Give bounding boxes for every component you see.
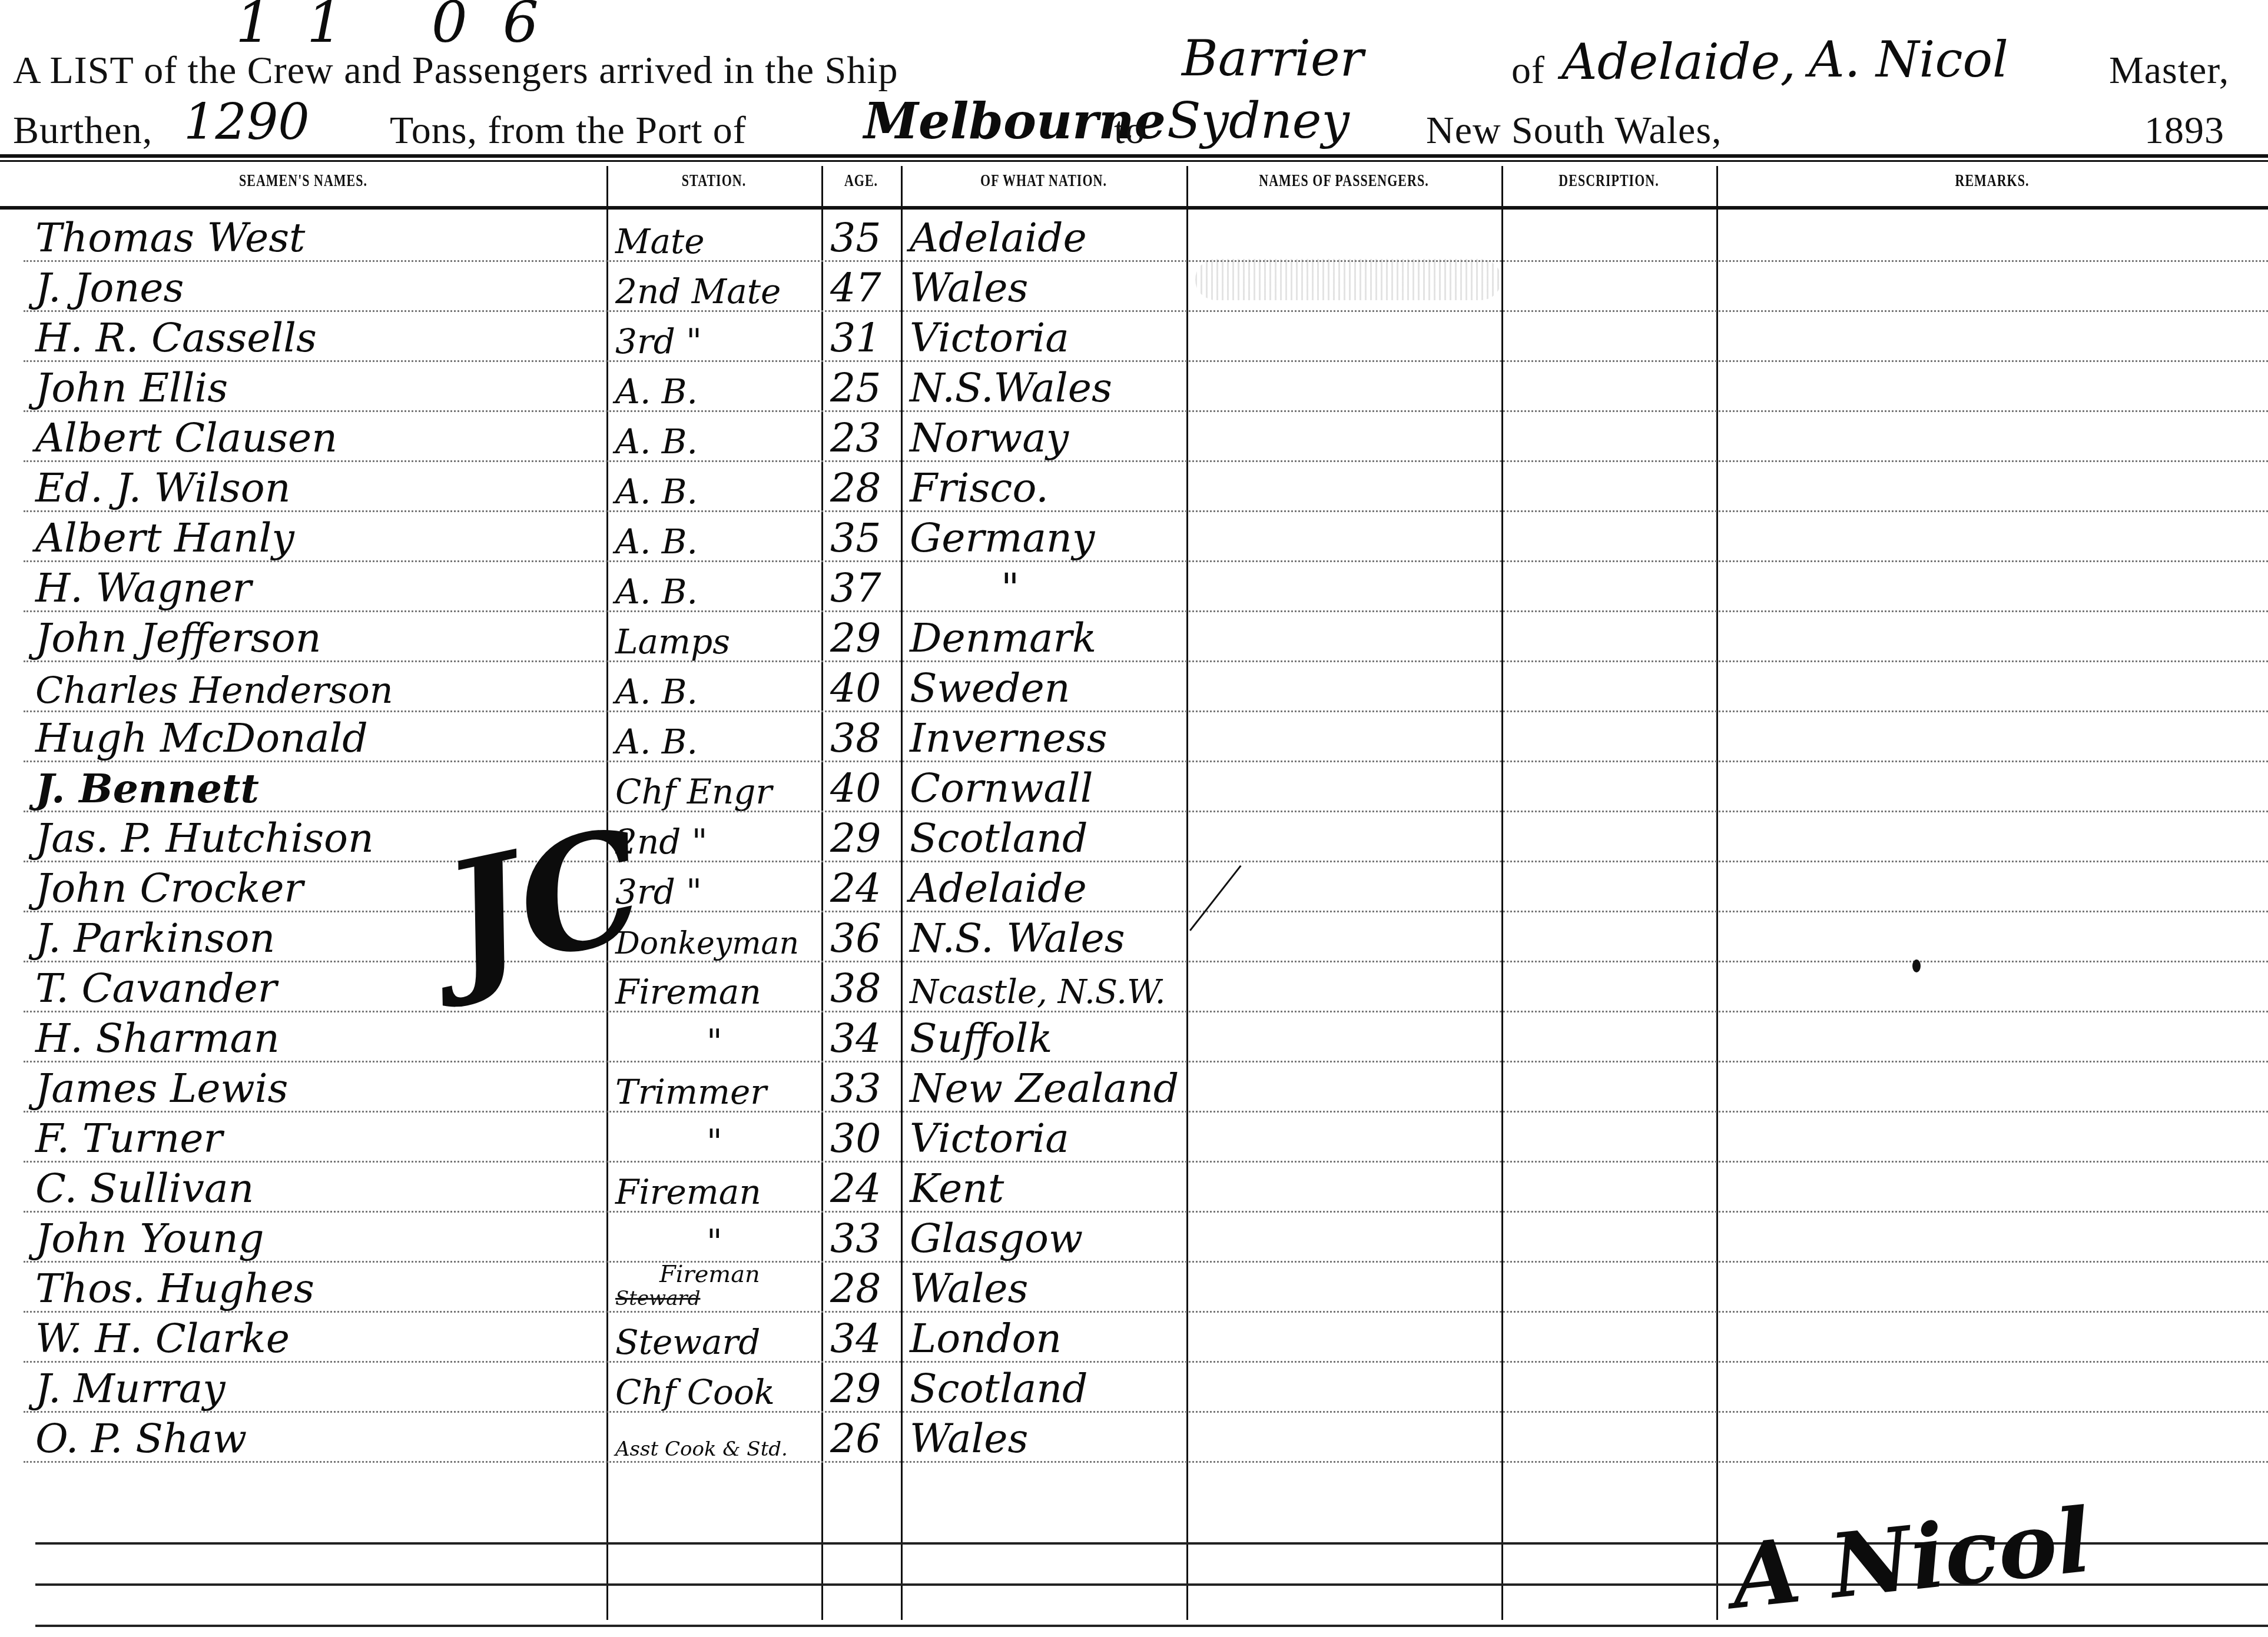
master-label: Master, — [2109, 48, 2229, 93]
seaman-station: Fireman — [615, 975, 761, 1009]
crew-row: John Young"33Glasgow — [0, 1213, 2268, 1263]
seaman-name: Jas. P. Hutchison — [35, 819, 374, 859]
crew-row: H. Sharman"34Suffolk — [0, 1012, 2268, 1062]
crew-row: John JeffersonLamps29Denmark — [0, 612, 2268, 662]
seaman-nation: Ncastle, N.S.W. — [910, 976, 1166, 1009]
seaman-age: 35 — [830, 218, 881, 258]
seaman-station: A. B. — [615, 725, 698, 759]
crew-row: J. Jones2nd Mate47Wales — [0, 262, 2268, 312]
document-heading: A LIST of the Crew and Passengers arrive… — [13, 36, 2250, 95]
ruled-line — [35, 1625, 2268, 1627]
seaman-age: 40 — [830, 669, 881, 709]
seaman-age: 34 — [830, 1319, 881, 1359]
seaman-age: 38 — [830, 969, 881, 1009]
seaman-station: A. B. — [615, 524, 698, 559]
seaman-nation: Frisco. — [910, 469, 1049, 509]
seaman-name: J. Jones — [35, 268, 184, 308]
seaman-nation: Wales — [910, 268, 1028, 308]
crew-row: Thomas WestMate35Adelaide — [0, 212, 2268, 262]
crew-row: Albert HanlyA. B.35Germany — [0, 512, 2268, 562]
crew-row: Jas. P. Hutchison2nd "29Scotland — [0, 812, 2268, 862]
document-subheading: Burthen, 1290 Tons, from the Port of Mel… — [13, 100, 2250, 159]
crew-row: Ed. J. WilsonA. B.28Frisco. — [0, 462, 2268, 512]
seaman-name: J. Bennett — [35, 769, 259, 809]
seaman-nation: Norway — [910, 419, 1069, 459]
column-header-seamens-names: SEAMEN'S NAMES. — [0, 171, 606, 201]
seaman-nation: Scotland — [910, 1369, 1088, 1409]
header-top-rule-inner — [0, 160, 2268, 162]
seaman-nation: N.S.Wales — [910, 368, 1112, 409]
crew-row: Thos. HughesFiremanSteward28Wales — [0, 1263, 2268, 1313]
seaman-station: A. B. — [615, 575, 698, 609]
seaman-station: A. B. — [615, 424, 698, 459]
crew-row: F. Turner"30Victoria — [0, 1113, 2268, 1163]
master-name: A. Nicol — [1809, 31, 2008, 88]
column-header-description: DESCRIPTION. — [1501, 171, 1716, 201]
header-top-rule — [0, 154, 2268, 158]
seaman-name: C. Sullivan — [35, 1169, 254, 1209]
crew-row: Hugh McDonaldA. B.38Inverness — [0, 712, 2268, 762]
seaman-nation: Victoria — [910, 318, 1069, 358]
seaman-station: A. B. — [615, 675, 698, 709]
seaman-nation: Wales — [910, 1269, 1028, 1309]
seaman-nation: Kent — [910, 1169, 1004, 1209]
seaman-nation: Suffolk — [910, 1019, 1052, 1059]
seaman-name: Thomas West — [35, 218, 305, 258]
seaman-station: Asst Cook & Std. — [615, 1439, 788, 1459]
table-header: SEAMEN'S NAMES. STATION. AGE. OF WHAT NA… — [0, 165, 2268, 206]
seaman-age: 33 — [830, 1069, 881, 1109]
seaman-age: 31 — [830, 318, 881, 358]
seaman-name: H. Sharman — [35, 1019, 280, 1059]
seaman-nation: Inverness — [910, 719, 1108, 759]
seaman-name: John Young — [35, 1219, 264, 1259]
seaman-age: 30 — [830, 1119, 881, 1159]
seaman-nation: New Zealand — [910, 1069, 1179, 1109]
seaman-name: J. Parkinson — [35, 919, 275, 959]
seaman-station: 2nd Mate — [615, 274, 781, 308]
column-header-nation: OF WHAT NATION. — [901, 171, 1186, 201]
seaman-age: 35 — [830, 519, 881, 559]
seaman-nation: Victoria — [910, 1119, 1069, 1159]
seaman-name: Ed. J. Wilson — [35, 469, 290, 509]
to-port: Sydney — [1167, 92, 1349, 150]
seaman-age: 28 — [830, 1269, 881, 1309]
seaman-name: O. P. Shaw — [35, 1419, 247, 1459]
seaman-age: 38 — [830, 719, 881, 759]
column-header-age: AGE. — [821, 171, 901, 201]
seaman-name: John Crocker — [35, 869, 303, 909]
crew-row: J. BennettChf Engr40Cornwall — [0, 762, 2268, 812]
seaman-nation: Cornwall — [910, 769, 1093, 809]
crew-row: O. P. ShawAsst Cook & Std.26Wales — [0, 1413, 2268, 1463]
seaman-station-struck: Steward — [615, 1287, 700, 1310]
region-label: New South Wales, — [1426, 108, 1722, 153]
seaman-name: J. Murray — [35, 1369, 226, 1409]
crew-row: J. MurrayChf Cook29Scotland — [0, 1363, 2268, 1413]
of-label: of — [1511, 48, 1545, 93]
seaman-station: Chf Engr — [615, 775, 772, 809]
seaman-age: 37 — [830, 569, 881, 609]
year: 1893 — [2144, 108, 2224, 153]
seaman-name: W. H. Clarke — [35, 1319, 290, 1359]
burthen-value: 1290 — [184, 93, 310, 151]
seaman-station: Fireman — [615, 1175, 761, 1209]
crew-row: Albert ClausenA. B.23Norway — [0, 412, 2268, 462]
crew-row: H. WagnerA. B.37" — [0, 562, 2268, 612]
seaman-age: 23 — [830, 419, 881, 459]
seaman-nation: Scotland — [910, 819, 1088, 859]
crew-row: James LewisTrimmer33New Zealand — [0, 1062, 2268, 1113]
seaman-age: 47 — [830, 268, 881, 308]
home-port: Adelaide, — [1561, 33, 1796, 91]
seaman-nation: Germany — [910, 519, 1095, 559]
seaman-station: Chf Cook — [615, 1375, 775, 1409]
crew-row: C. SullivanFireman24Kent — [0, 1163, 2268, 1213]
seaman-nation: Denmark — [910, 619, 1096, 659]
crew-row: W. H. ClarkeSteward34London — [0, 1313, 2268, 1363]
crew-row: J. ParkinsonDonkeyman36N.S. Wales — [0, 912, 2268, 962]
seaman-name: Albert Hanly — [35, 519, 294, 559]
seaman-station: Lamps — [615, 625, 730, 659]
seaman-nation: N.S. Wales — [910, 919, 1125, 959]
seaman-name: H. R. Cassells — [35, 318, 317, 358]
seaman-station: Mate — [615, 224, 705, 258]
seaman-station: Trimmer — [615, 1075, 767, 1109]
seaman-name: James Lewis — [35, 1069, 288, 1109]
header-bottom-rule — [0, 206, 2268, 210]
seaman-age: 24 — [830, 1169, 881, 1209]
seaman-nation: Adelaide — [910, 218, 1087, 258]
seaman-nation: Sweden — [910, 669, 1070, 709]
seaman-nation: " — [1001, 569, 1019, 609]
crew-row: John EllisA. B.25N.S.Wales — [0, 362, 2268, 412]
seaman-station-correction: Fireman — [659, 1261, 760, 1288]
seaman-age: 28 — [830, 469, 881, 509]
column-header-station: STATION. — [606, 171, 821, 201]
seaman-station: A. B. — [615, 374, 698, 409]
seaman-name: Thos. Hughes — [35, 1269, 314, 1309]
seaman-station: A. B. — [615, 474, 698, 509]
seaman-nation: Wales — [910, 1419, 1028, 1459]
seaman-nation: Adelaide — [910, 869, 1087, 909]
seaman-name: H. Wagner — [35, 569, 251, 609]
seaman-station: Steward — [615, 1325, 760, 1359]
seaman-name: T. Cavander — [35, 969, 277, 1009]
seaman-nation: Glasgow — [910, 1219, 1083, 1259]
burthen-label: Burthen, — [13, 108, 152, 153]
master-signature: A Nicol — [1726, 1489, 2095, 1629]
crew-row: T. CavanderFireman38Ncastle, N.S.W. — [0, 962, 2268, 1012]
to-label: to — [1114, 108, 1145, 153]
seaman-age: 26 — [830, 1419, 881, 1459]
seaman-station: 3rd " — [615, 324, 702, 358]
seaman-name: Albert Clausen — [35, 419, 337, 459]
ink-dot — [1912, 959, 1921, 972]
crew-row: H. R. Cassells3rd "31Victoria — [0, 312, 2268, 362]
crew-row: John Crocker3rd "24Adelaide — [0, 862, 2268, 912]
seaman-station: " — [707, 1125, 722, 1159]
seaman-station: " — [707, 1025, 722, 1059]
seaman-name: Hugh McDonald — [35, 719, 368, 759]
tons-label: Tons, from the Port of — [390, 108, 747, 153]
seaman-name: Charles Henderson — [35, 672, 393, 709]
column-header-remarks: REMARKS. — [1716, 171, 2268, 201]
seaman-age: 36 — [830, 919, 881, 959]
seaman-name: F. Turner — [35, 1119, 223, 1159]
seaman-name: John Ellis — [35, 368, 228, 409]
column-header-passenger-names: NAMES OF PASSENGERS. — [1186, 171, 1501, 201]
heading-prefix: A LIST of the Crew and Passengers arrive… — [13, 48, 898, 93]
seaman-age: 24 — [830, 869, 881, 909]
seaman-name: John Jefferson — [35, 619, 321, 659]
seaman-age: 29 — [830, 819, 881, 859]
ship-name: Barrier — [1182, 29, 1364, 87]
crew-row: Charles HendersonA. B.40Sweden — [0, 662, 2268, 712]
seaman-age: 34 — [830, 1019, 881, 1059]
seaman-age: 25 — [830, 368, 881, 409]
seaman-station: " — [707, 1225, 722, 1259]
seaman-age: 29 — [830, 1369, 881, 1409]
seaman-age: 40 — [830, 769, 881, 809]
seaman-age: 33 — [830, 1219, 881, 1259]
seaman-nation: London — [910, 1319, 1062, 1359]
seaman-age: 29 — [830, 619, 881, 659]
